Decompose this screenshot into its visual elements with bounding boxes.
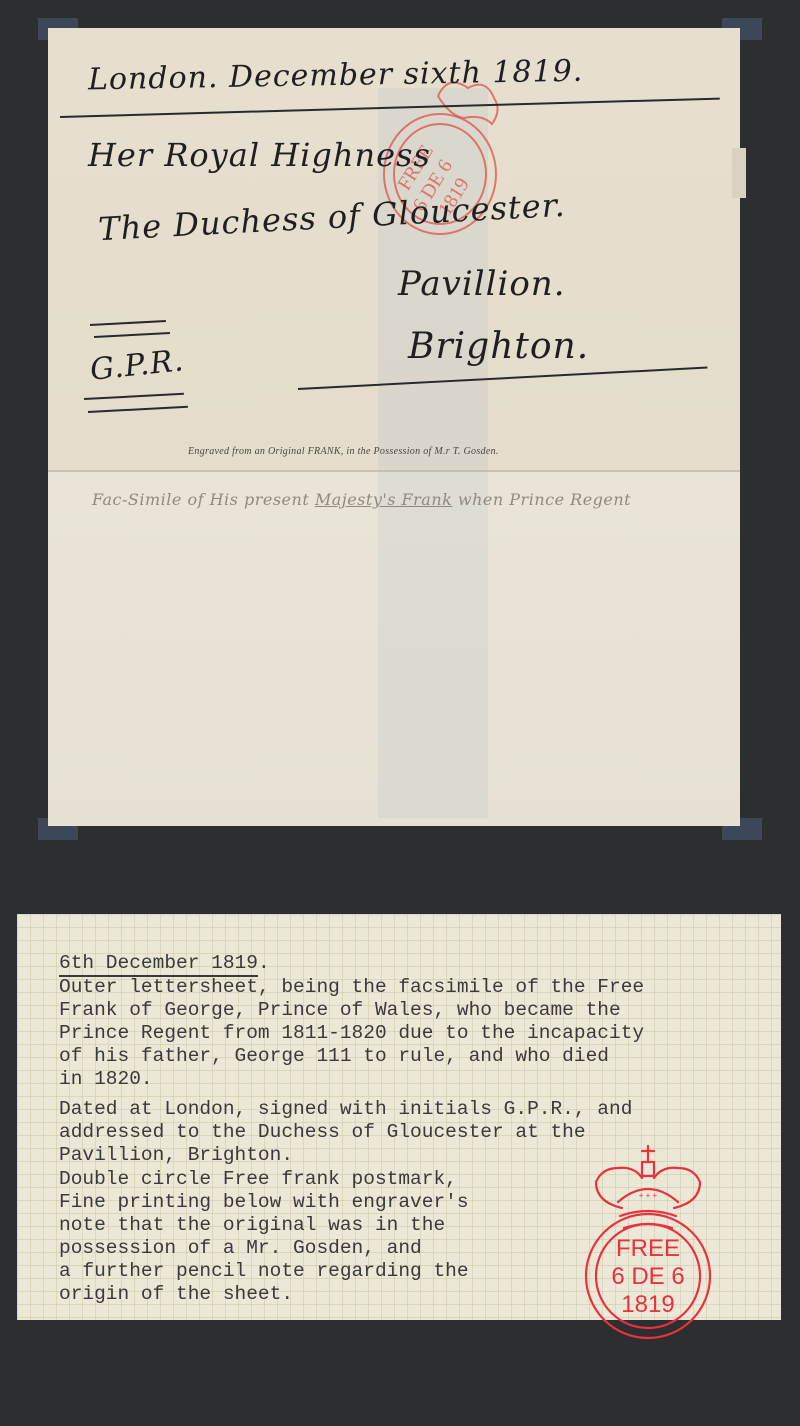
engraver-note: Engraved from an Original FRANK, in the … (188, 446, 499, 457)
pencil-note: Fac-Simile of His present Majesty's Fran… (92, 490, 631, 509)
card-title: 6th December 1819. (59, 952, 270, 975)
svg-text:6 DE 6: 6 DE 6 (611, 1263, 684, 1290)
postmark-drawing-icon: + + + FREE 6 DE 6 1819 (584, 1136, 736, 1342)
address-line-3: Pavillion. (398, 264, 566, 304)
description-paragraph-3: Double circle Free frank postmark, Fine … (59, 1168, 469, 1306)
description-card: 6th December 1819. Outer lettersheet, be… (17, 914, 781, 1320)
address-line-1: Her Royal Highness (88, 136, 431, 174)
lettersheet: FREE 6 DE 6 1819 London. December sixth … (48, 28, 740, 826)
pencil-note-underlined: Majesty's Frank (315, 490, 453, 509)
description-paragraph-2: Dated at London, signed with initials G.… (59, 1098, 632, 1167)
svg-text:FREE: FREE (616, 1235, 680, 1262)
address-line-4: Brighton. (408, 326, 589, 367)
svg-text:+ + +: + + + (639, 1191, 658, 1200)
svg-text:1819: 1819 (621, 1291, 674, 1318)
paper-flap (732, 148, 746, 198)
description-paragraph-1: Outer lettersheet, being the facsimile o… (59, 976, 644, 1091)
